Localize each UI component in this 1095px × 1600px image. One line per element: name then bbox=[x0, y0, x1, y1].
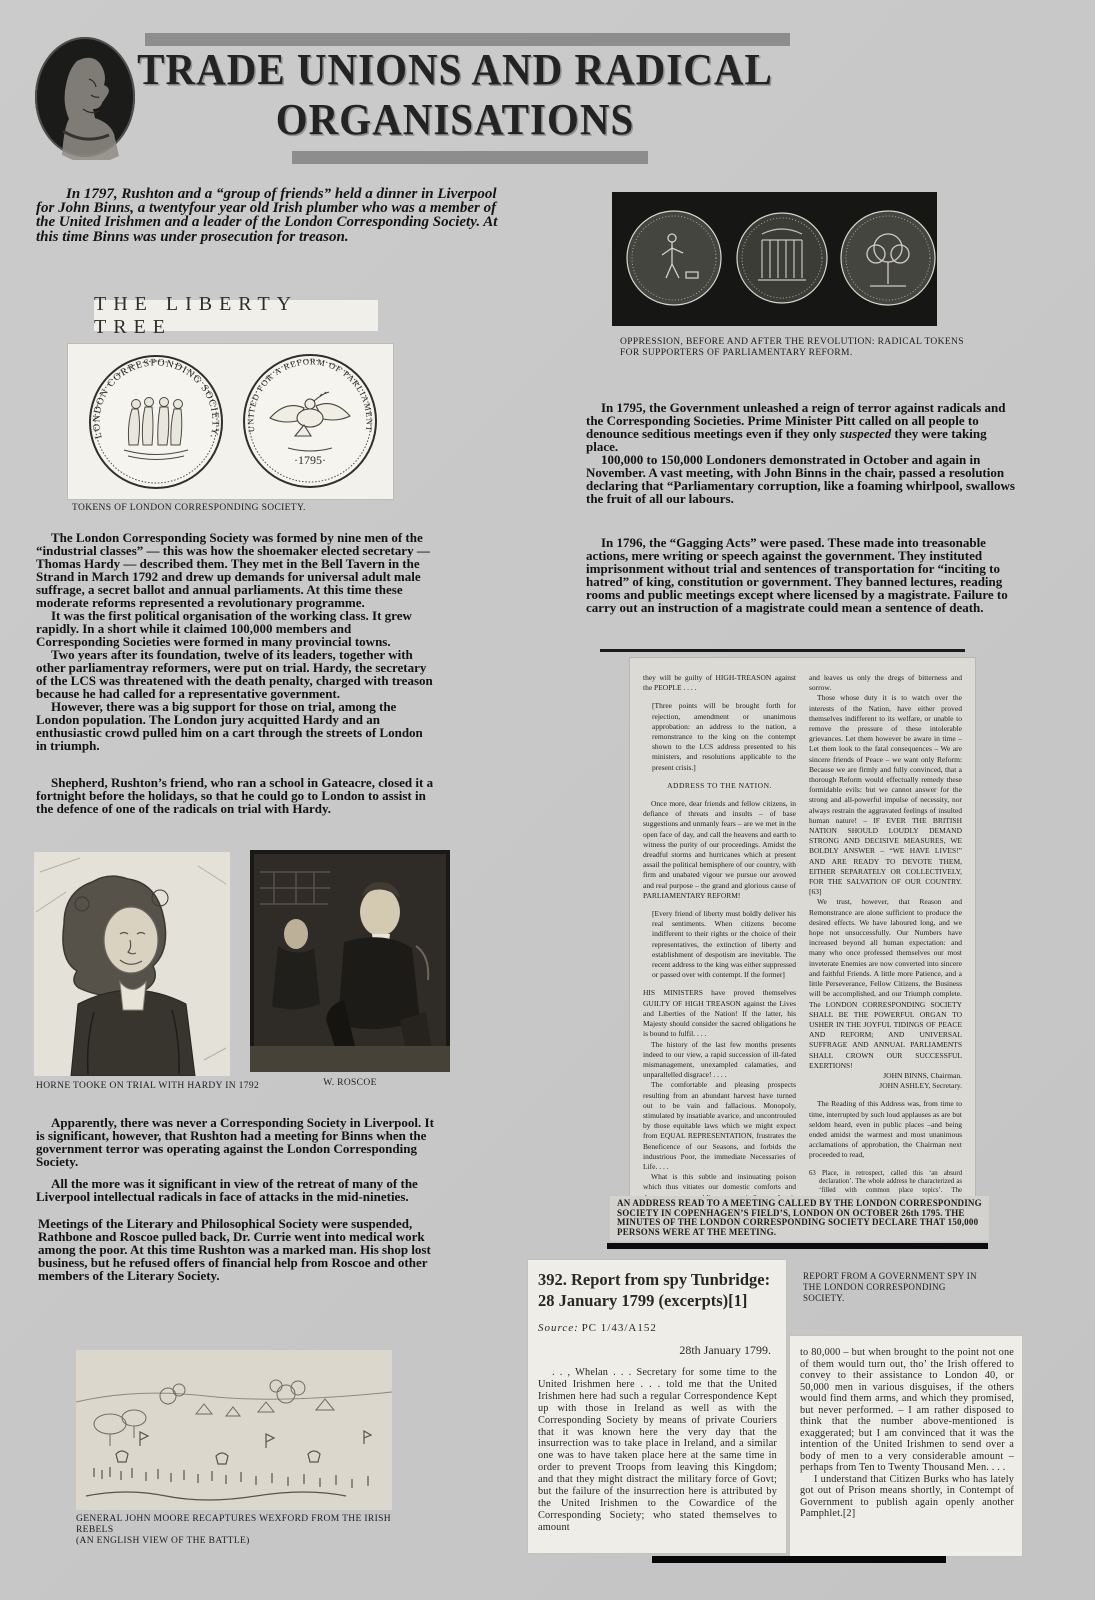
section-divider-rule bbox=[607, 1243, 988, 1249]
apparently-text: Apparently, there was never a Correspond… bbox=[36, 1116, 438, 1168]
spy-report-heading: 392. Report from spy Tunbridge: 28 Janua… bbox=[538, 1269, 777, 1311]
shepherd-paragraph: Shepherd, Rushton’s friend, who ran a sc… bbox=[36, 776, 436, 815]
page-title-line2: ORGANISATIONS bbox=[105, 92, 805, 146]
address-c1-p9: What is this subtle and insinuating pois… bbox=[643, 1172, 796, 1196]
all-the-more-text: All the more was it significant in view … bbox=[36, 1177, 438, 1203]
address-c1-p5: [Every friend of liberty must boldly del… bbox=[643, 909, 796, 980]
paragraph-support: However, there was a big support for tho… bbox=[36, 700, 436, 752]
radical-tokens-caption: OPPRESSION, BEFORE AND AFTER THE REVOLUT… bbox=[620, 337, 965, 359]
radical-tokens-photo bbox=[612, 192, 937, 326]
liberty-tree-text: THE LIBERTY TREE bbox=[94, 293, 378, 339]
address-c1-p4: Once more, dear friends and fellow citiz… bbox=[643, 799, 796, 901]
address-document: they will be guilty of HIGH-TREASON agai… bbox=[630, 658, 975, 1196]
meetings-paragraph: Meetings of the Literary and Philosophic… bbox=[38, 1217, 442, 1282]
spy-source-line: Source: PC 1/43/A152 bbox=[538, 1322, 777, 1334]
apparently-paragraph: Apparently, there was never a Correspond… bbox=[36, 1116, 438, 1168]
svg-text:·1795·: ·1795· bbox=[294, 453, 326, 467]
token-prison-coin bbox=[737, 213, 827, 303]
gagging-acts-text: In 1796, the “Gagging Acts” were pased. … bbox=[586, 536, 1024, 614]
page-title: TRADE UNIONS AND RADICAL ORGANISATIONS bbox=[105, 42, 805, 142]
address-top-rule bbox=[600, 649, 965, 652]
spy-heading-line2: 28 January 1799 (excerpts)[1] bbox=[538, 1290, 777, 1311]
spy-report-column-2: to 80,000 – but when brought to the poin… bbox=[790, 1336, 1022, 1520]
spy-col2-p2: I understand that Citizen Burks who has … bbox=[800, 1474, 1014, 1520]
address-c1-p2: [Three points will be brought forth for … bbox=[643, 701, 796, 772]
address-c1-p1: they will be guilty of HIGH-TREASON agai… bbox=[643, 673, 796, 693]
paragraph-1795: In 1795, the Government unleashed a reig… bbox=[586, 401, 1018, 453]
reform-token-coin: UNITED FOR A REFORM OF PARLIAMENT ·1795· bbox=[244, 355, 376, 487]
paragraph-first-organisation: It was the first political organisation … bbox=[36, 609, 436, 648]
paragraph-trial: Two years after its foundation, twelve o… bbox=[36, 648, 436, 700]
paragraph-demonstrations: 100,000 to 150,000 Londoners demonstrate… bbox=[586, 453, 1018, 505]
page-title-line1: TRADE UNIONS AND RADICAL bbox=[105, 42, 805, 96]
address-c2-p2: Those whose duty it is to watch over the… bbox=[809, 693, 962, 897]
intro-paragraph: In 1797, Rushton and a “group of friends… bbox=[36, 187, 518, 244]
spy-source-value: PC 1/43/A152 bbox=[582, 1322, 657, 1334]
roscoe-caption: W. ROSCOE bbox=[250, 1078, 450, 1089]
intro-text: In 1797, Rushton and a “group of friends… bbox=[36, 187, 518, 244]
battle-caption-line2: (AN ENGLISH VIEW OF THE BATTLE) bbox=[76, 1536, 416, 1547]
spy-col1-text: . . , Whelan . . . Secretary for some ti… bbox=[538, 1367, 777, 1534]
horne-tooke-engraving bbox=[34, 852, 230, 1076]
paragraph-formed: The London Corresponding Society was for… bbox=[36, 531, 436, 609]
token-tree-coin bbox=[841, 211, 935, 305]
address-c1-p6: HIS MINISTERS have proved themselves GUI… bbox=[643, 988, 796, 1039]
spy-col2-p1: to 80,000 – but when brought to the poin… bbox=[800, 1347, 1014, 1474]
liberty-tree-banner: THE LIBERTY TREE bbox=[94, 300, 378, 331]
lcs-tokens-image: LONDON CORRESPONDING SOCIETY. UNITED FOR… bbox=[68, 344, 393, 499]
spy-dateline: 28th January 1799. bbox=[538, 1343, 777, 1358]
spy-report-page-right: to 80,000 – but when brought to the poin… bbox=[790, 1336, 1022, 1556]
gagging-acts-paragraph: In 1796, the “Gagging Acts” were pased. … bbox=[586, 536, 1024, 614]
address-c2-p1: and leaves us only the dregs of bitterne… bbox=[809, 673, 962, 693]
lcs-tokens-caption: TOKENS OF LONDON CORRESPONDING SOCIETY. bbox=[72, 503, 412, 514]
trade-unions-poster-page: TRADE UNIONS AND RADICAL ORGANISATIONS I… bbox=[0, 0, 1095, 1600]
address-column-1: they will be guilty of HIGH-TREASON agai… bbox=[643, 673, 796, 1196]
spy-source-label: Source: bbox=[538, 1322, 579, 1334]
bottom-rule bbox=[652, 1556, 946, 1563]
lcs-token-coin: LONDON CORRESPONDING SOCIETY. bbox=[90, 356, 222, 488]
shepherd-text: Shepherd, Rushton’s friend, who ran a sc… bbox=[36, 776, 436, 815]
battle-graphic bbox=[76, 1350, 392, 1510]
meetings-text: Meetings of the Literary and Philosophic… bbox=[38, 1217, 442, 1282]
battle-caption: GENERAL JOHN MOORE RECAPTURES WEXFORD FR… bbox=[76, 1514, 416, 1547]
spy-report-column-1: . . , Whelan . . . Secretary for some ti… bbox=[538, 1367, 777, 1534]
lcs-history-text: The London Corresponding Society was for… bbox=[36, 531, 436, 752]
title-rule-bottom bbox=[292, 151, 648, 164]
roscoe-graphic bbox=[250, 850, 450, 1072]
battle-caption-line1: GENERAL JOHN MOORE RECAPTURES WEXFORD FR… bbox=[76, 1514, 416, 1536]
address-c1-p8: The comfortable and pleasing prospects r… bbox=[643, 1080, 796, 1172]
horne-tooke-graphic bbox=[34, 852, 230, 1076]
address-c2-p3: We trust, however, that Reason and Remon… bbox=[809, 897, 962, 1070]
radical-tokens-graphic bbox=[612, 192, 937, 326]
address-c1-p7: The history of the last few months prese… bbox=[643, 1040, 796, 1081]
spy-heading-line1: 392. Report from spy Tunbridge: bbox=[538, 1269, 777, 1290]
address-caption: AN ADDRESS READ TO A MEETING CALLED BY T… bbox=[610, 1196, 989, 1241]
address-heading: ADDRESS TO THE NATION. bbox=[643, 781, 796, 791]
spy-report-page-left: 392. Report from spy Tunbridge: 28 Janua… bbox=[528, 1260, 786, 1553]
address-column-2: and leaves us only the dregs of bitterne… bbox=[809, 673, 962, 1196]
address-footnote-63: 63 Place, in retrospect, called this ‘an… bbox=[809, 1170, 962, 1196]
lcs-tokens-graphic: LONDON CORRESPONDING SOCIETY. UNITED FOR… bbox=[68, 344, 393, 499]
spy-report-caption: REPORT FROM A GOVERNMENT SPY IN THE LOND… bbox=[803, 1271, 978, 1304]
token-figure-coin bbox=[627, 211, 721, 305]
address-signature-ashley: JOHN ASHLEY, Secretary. bbox=[809, 1081, 962, 1091]
address-c2-p4: The Reading of this Address was, from ti… bbox=[809, 1099, 962, 1160]
roscoe-painting bbox=[250, 850, 450, 1072]
wexford-battle-engraving bbox=[76, 1350, 392, 1510]
reign-of-terror-paragraphs: In 1795, the Government unleashed a reig… bbox=[586, 401, 1018, 505]
suspected-italic: suspected bbox=[840, 426, 891, 441]
all-the-more-paragraph: All the more was it significant in view … bbox=[36, 1177, 438, 1203]
address-signature-binns: JOHN BINNS, Chairman. bbox=[809, 1071, 962, 1081]
